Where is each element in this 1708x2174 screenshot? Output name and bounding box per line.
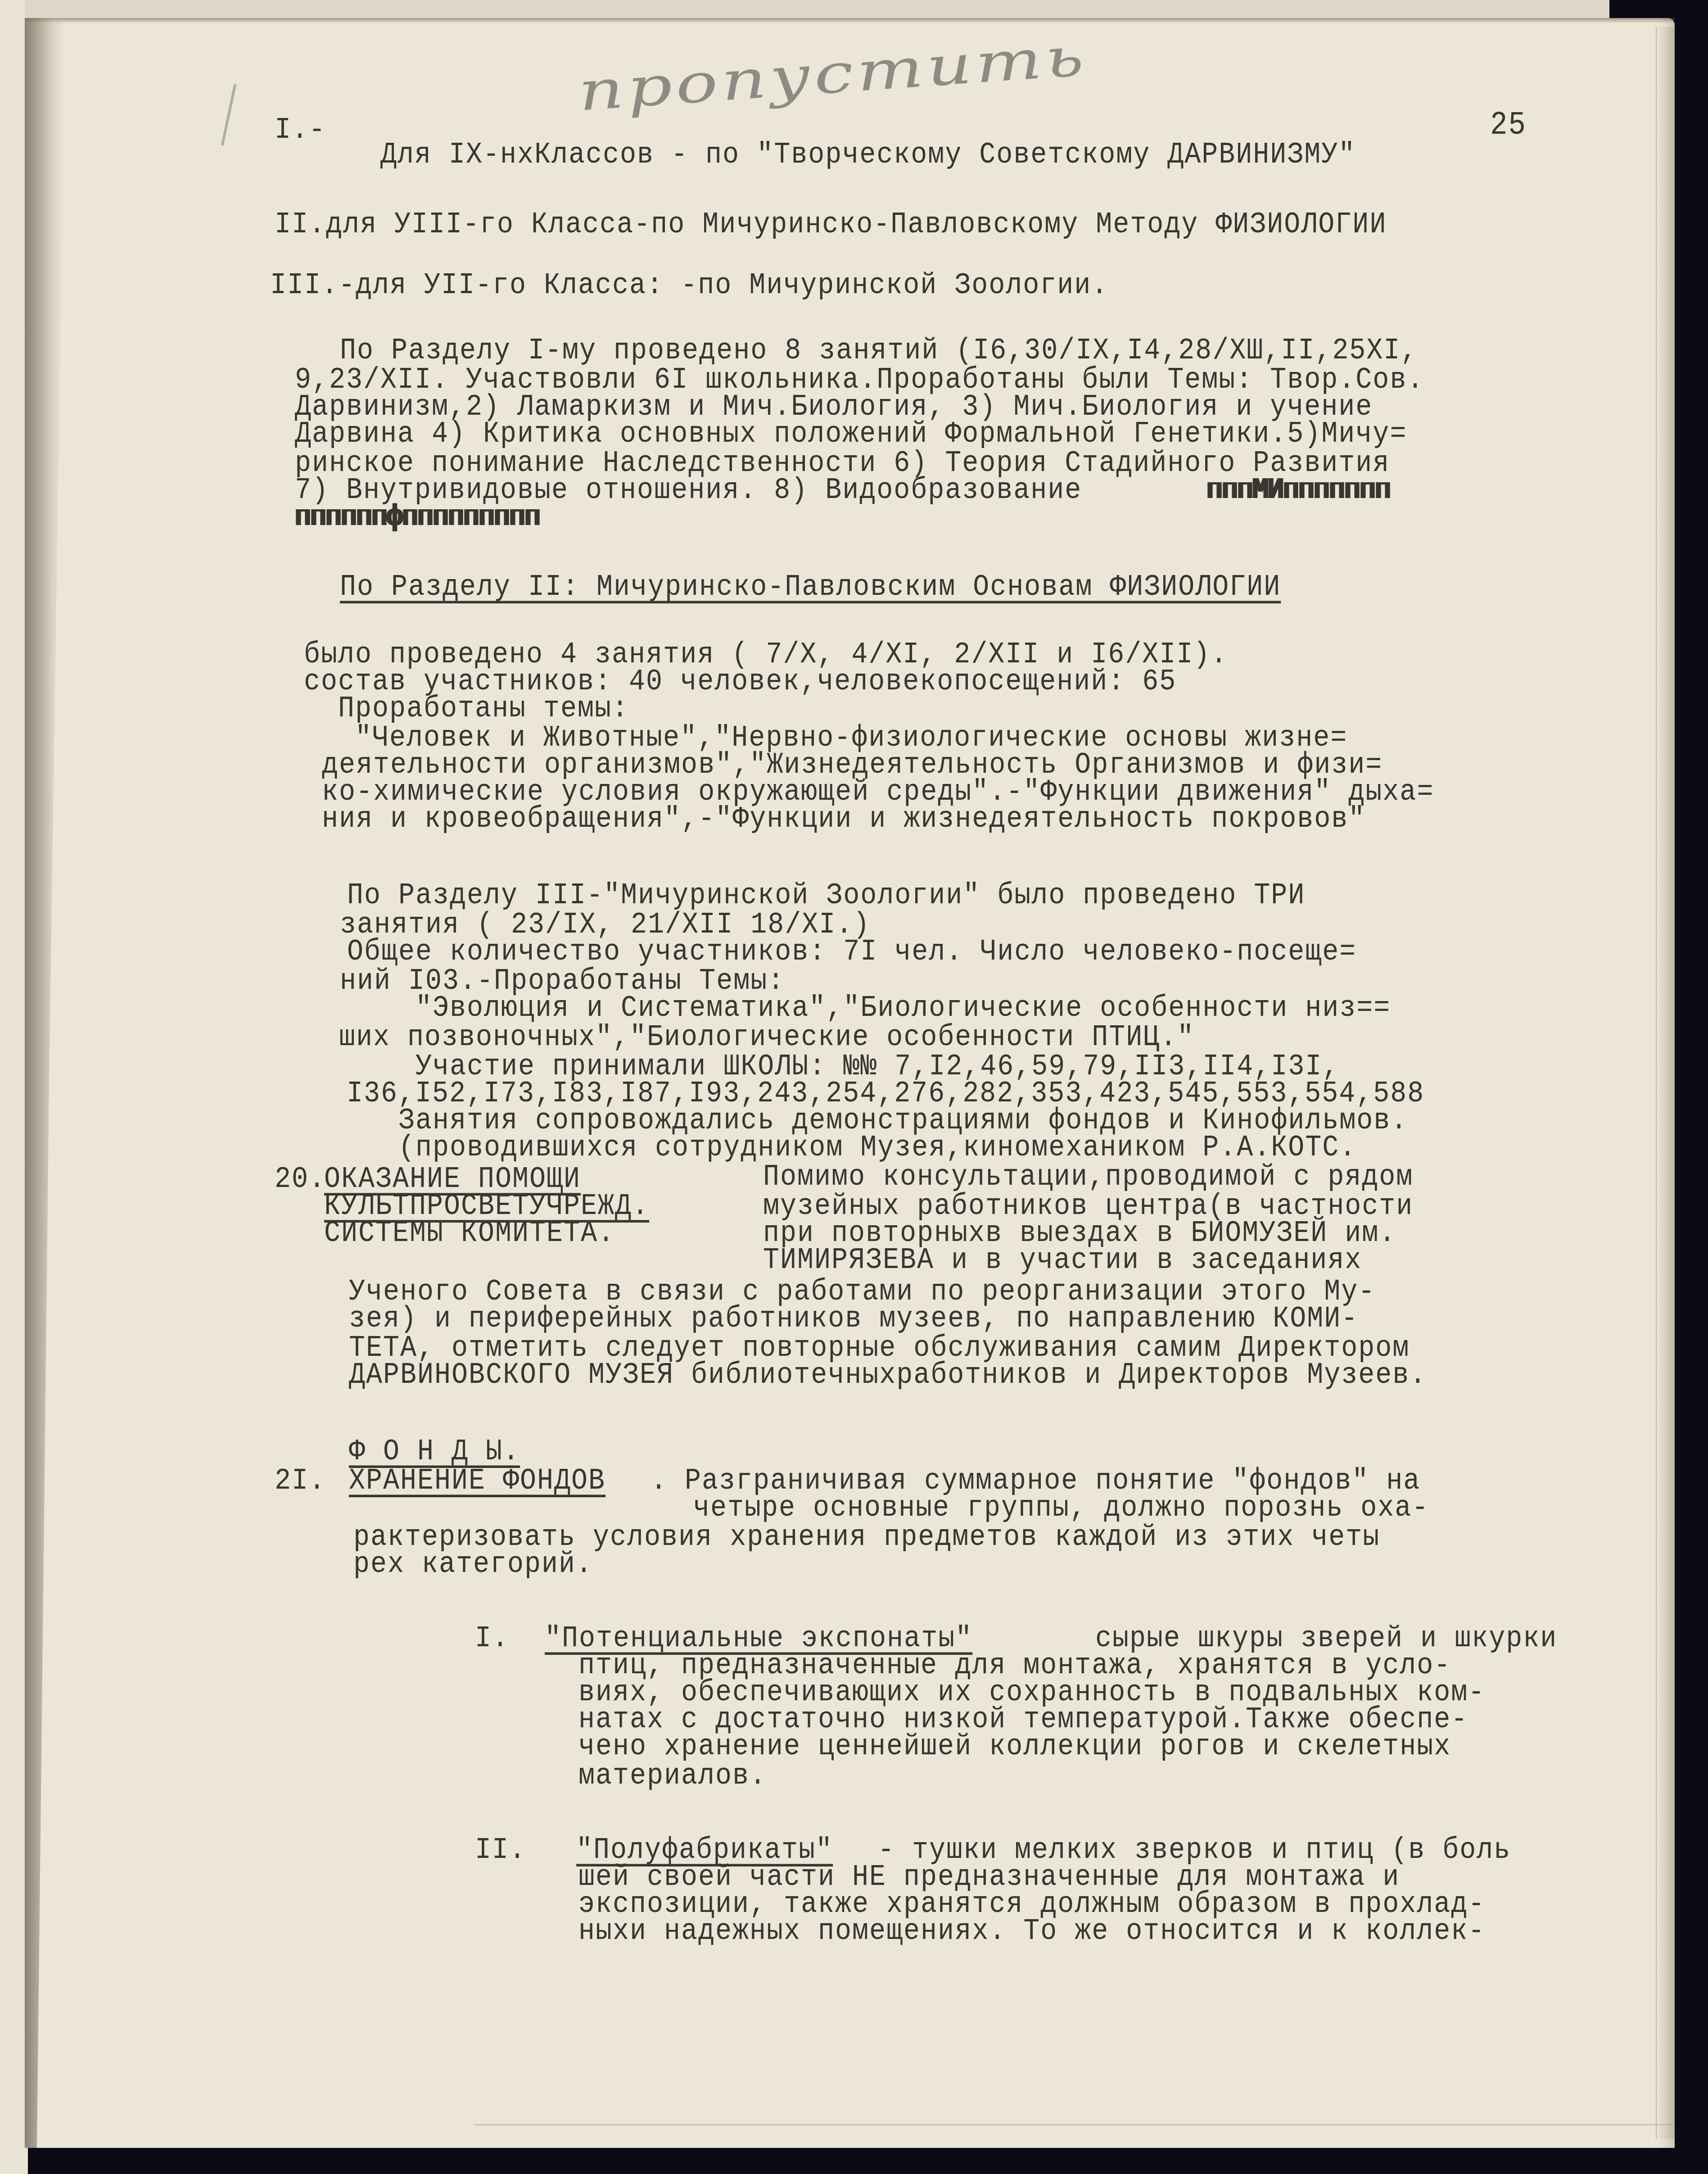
page-top-edge <box>25 18 1675 23</box>
gutter-shadow <box>25 18 65 2148</box>
page-number: 25 <box>1490 108 1527 143</box>
list-intro-1: Для IX-нхКлассов - по "Творческому Совет… <box>380 137 1356 172</box>
document-page: пропустить 25 I.- Для IX-нхКлассов - по … <box>25 18 1675 2148</box>
group1-line-5: материалов. <box>578 1758 767 1794</box>
group2-number: II. <box>475 1833 526 1868</box>
item21-title: ХРАНЕНИЕ ФОНДОВ <box>349 1463 605 1499</box>
group2-line-3: ныхи надежных помещениях. То же относитс… <box>578 1914 1485 1949</box>
list-intro-3: III.-для УII-го Класса: -по Мичуринской … <box>270 268 1108 303</box>
group1-number: I. <box>475 1621 509 1656</box>
item20-right-4: ТИМИРЯЗЕВА и в участии в заседаниях <box>763 1243 1362 1278</box>
item20-line-4: ДАРВИНОВСКОГО МУЗЕЯ библиотечныхработник… <box>349 1358 1427 1393</box>
list-intro-2: II.для УIII-го Класса-по Мичуринско-Павл… <box>275 207 1387 242</box>
item20-title-3: СИСТЕМЫ КОМИТЕТА. <box>324 1216 615 1251</box>
struck-text-1: пппМИппппппп <box>1206 473 1390 508</box>
item21-line-3: рех категорий. <box>353 1547 593 1582</box>
struck-text-2: ппппппфппппппппп <box>295 500 540 535</box>
page-right-edge <box>1656 27 1675 2139</box>
item21-number: 2I. <box>275 1463 326 1499</box>
section2-line-7: ния и кровеобращения",-"Функции и жизнед… <box>322 802 1365 837</box>
item20-number: 20. <box>275 1162 326 1197</box>
adjacent-page-strip <box>0 0 28 2174</box>
header-item: I.- <box>275 113 326 148</box>
pencil-mark <box>221 84 237 146</box>
handwritten-note: пропустить <box>576 25 1089 123</box>
page-bottom-edge <box>475 2124 1675 2148</box>
section2-heading: По Разделу II: Мичуринско-Павловским Осн… <box>340 570 1281 605</box>
